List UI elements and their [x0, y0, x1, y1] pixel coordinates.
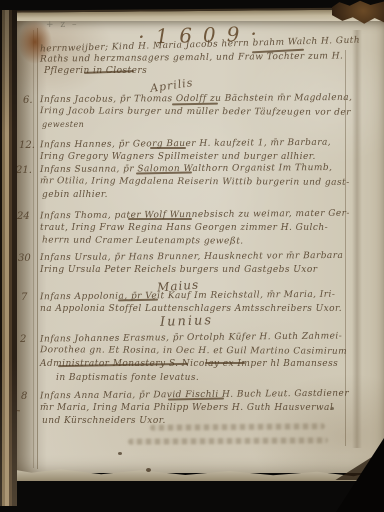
ink-speck	[118, 452, 122, 455]
entry-day: 30	[18, 253, 31, 264]
entry-line: und Kürschneiders Uxor.	[42, 417, 166, 426]
ink-speck	[146, 468, 151, 472]
ink-underline	[150, 147, 186, 149]
entry-line: Dorothea gn. Et Rosina, in Oec H. et Gui…	[40, 346, 347, 357]
entry-line: in Baptismatis fonte levatus.	[56, 374, 199, 383]
entry-line: Iring Ursula Peter Reichels burgers und …	[40, 266, 317, 275]
margin-rule-left	[37, 28, 38, 469]
entry-line: m̄r Maria, Iring Maria Philipp Webers H.…	[40, 404, 333, 413]
book-binding	[0, 10, 17, 506]
entry-line: gewesten	[42, 121, 84, 129]
entry-line: traut, Iring Fraw Regina Hans Georgen zi…	[40, 224, 328, 233]
entry-line: herrn und Cramer Leutenampts geweßt.	[42, 236, 244, 246]
month-heading-iunius: Iunius	[160, 313, 214, 330]
ink-underline	[128, 218, 192, 220]
page-crease	[352, 30, 362, 448]
entry-day: 6.	[23, 95, 33, 106]
entry-day: 21.	[16, 165, 32, 176]
pencil-note: + z –	[46, 20, 79, 30]
entry-line: na Appolonia Stoffel Lauttenschlagers Am…	[40, 305, 342, 314]
entry-day: 2	[20, 334, 26, 345]
entry-line: Iring Gregory Wagners Spillmeister und b…	[40, 153, 316, 162]
entry-day: 7	[21, 292, 27, 303]
margin-rule-left-faint	[33, 30, 34, 468]
entry-line: gebin allhier.	[42, 191, 108, 200]
entry-day: 12.	[19, 140, 35, 151]
entry-line: m̄r Otilia, Iring Magdalena Reiserin Wit…	[40, 177, 350, 188]
photograph-background: + z – ·1609· herrnweijber; Kind H. Maria…	[0, 0, 384, 512]
entry-line: Iring Jacob Lairs burger und müller bede…	[40, 107, 351, 118]
entry-day: 8	[21, 391, 27, 402]
entry-day: 24	[17, 211, 30, 222]
ink-strikethrough	[205, 362, 245, 364]
